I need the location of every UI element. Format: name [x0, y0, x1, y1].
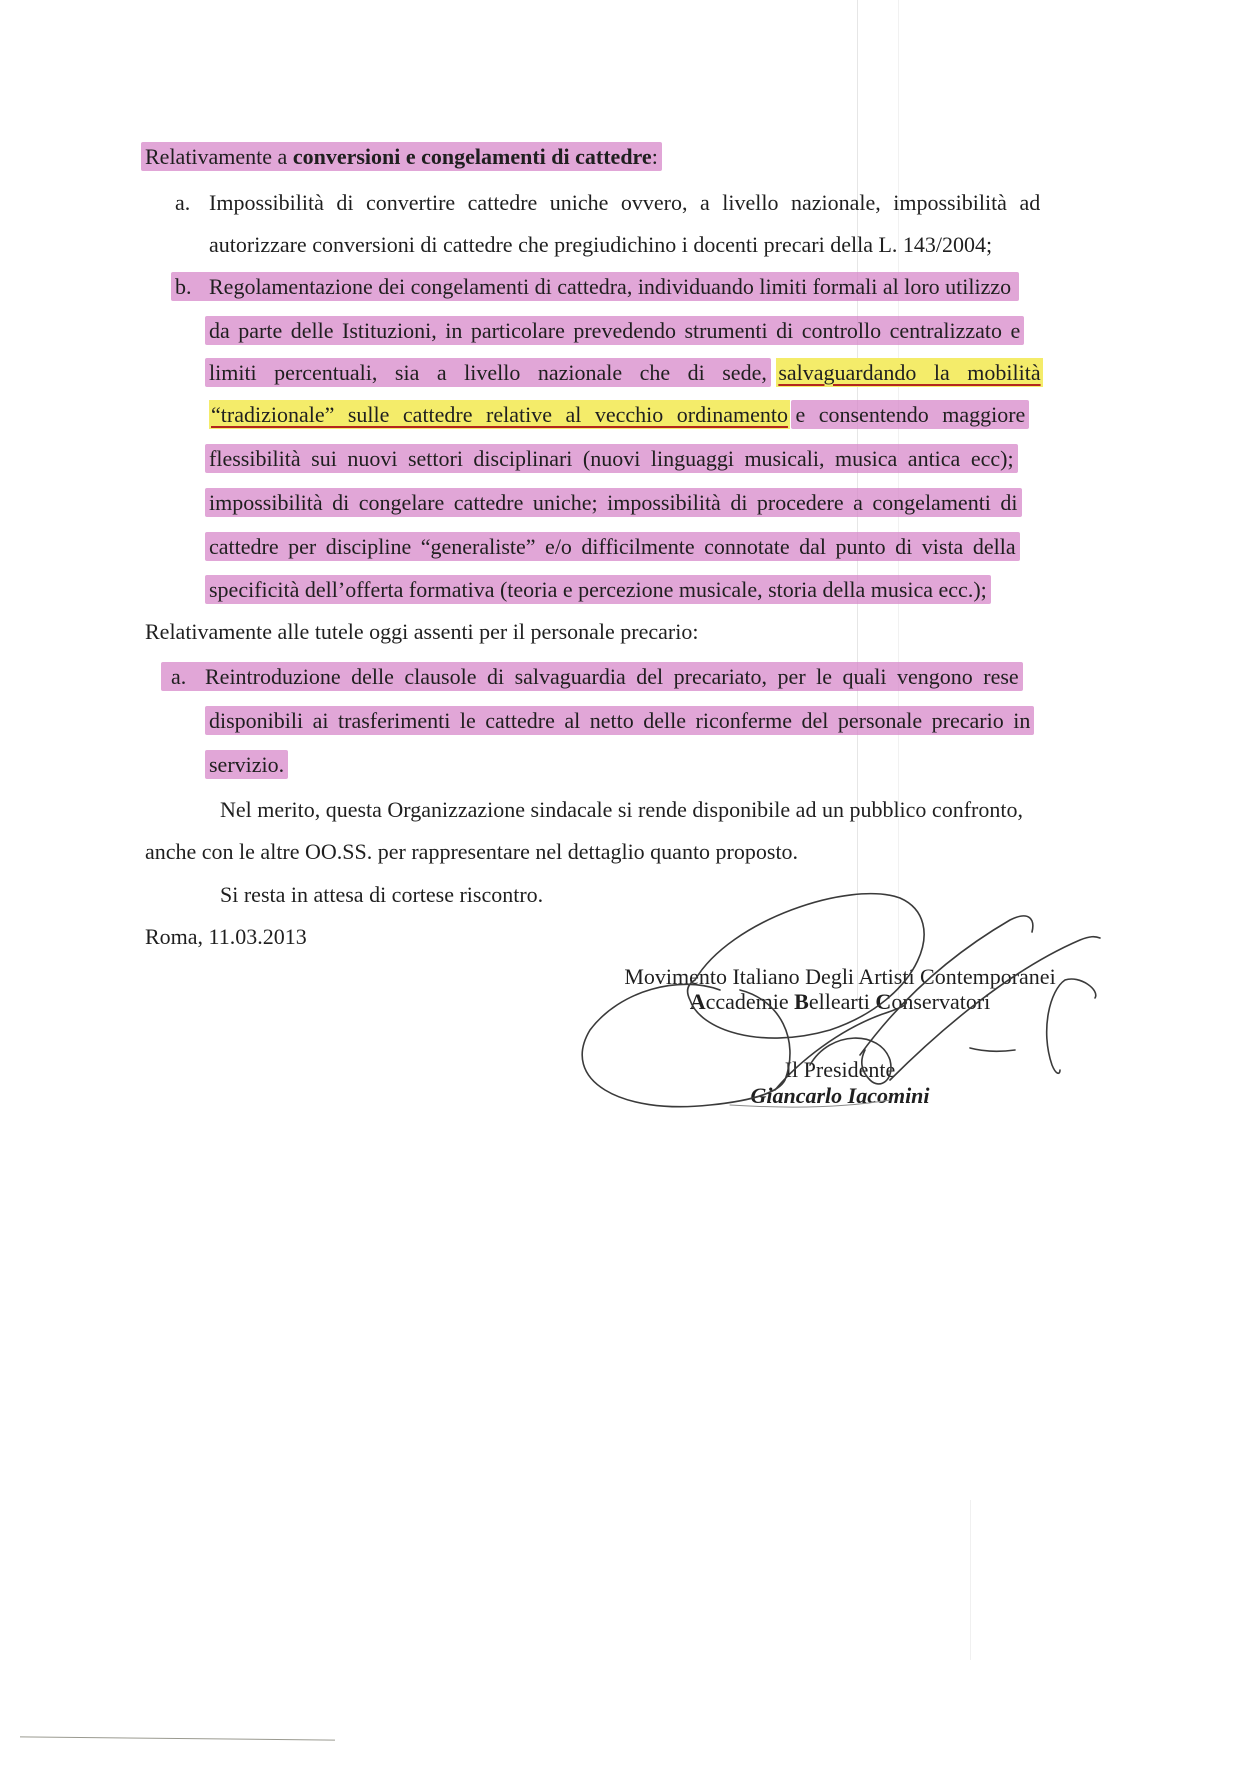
list-item-a: a.Impossibilità di convertire cattedre u… [175, 188, 1125, 218]
item-b-line4-pink: e consentendo maggiore [791, 400, 1029, 429]
precari-line3: servizio. [209, 750, 288, 780]
precari-line2: disponibili ai trasferimenti le cattedre… [209, 706, 1034, 736]
section-heading-conversions: Relativamente a conversioni e congelamen… [145, 142, 662, 172]
section-heading-precari: Relativamente alle tutele oggi assenti p… [145, 617, 698, 647]
item-b-line8-text: specificità dell’offerta formativa (teor… [205, 575, 991, 604]
item-b-line7-text: cattedre per discipline “generaliste” e/… [205, 532, 1020, 561]
item-a-line1: Impossibilità di convertire cattedre uni… [209, 190, 1040, 215]
closing-request: Si resta in attesa di cortese riscontro. [220, 880, 543, 910]
item-b-line5: flessibilità sui nuovi settori disciplin… [209, 444, 1018, 474]
handwritten-signature [560, 880, 1120, 1120]
item-a-line2: autorizzare conversioni di cattedre che … [209, 230, 992, 260]
list-item-a-precari: a.Reintroduzione delle clausole di salva… [165, 662, 1023, 692]
heading-prefix: Relativamente a [145, 144, 293, 169]
item-b-line3: limiti percentuali, sia a livello nazion… [209, 358, 1043, 388]
precari-line2-text: disponibili ai trasferimenti le cattedre… [205, 706, 1034, 735]
list-marker: b. [175, 272, 209, 302]
place-date: Roma, 11.03.2013 [145, 922, 307, 952]
footer-rule [20, 1736, 335, 1740]
precari-line3-text: servizio. [205, 750, 288, 779]
precari-line1: Reintroduzione delle clausole di salvagu… [205, 664, 1019, 689]
list-marker: a. [171, 662, 205, 692]
closing-paragraph-line2: anche con le altre OO.SS. per rappresent… [145, 837, 798, 867]
item-b-line6: impossibilità di congelare cattedre unic… [209, 488, 1022, 518]
heading-suffix: : [652, 144, 658, 169]
item-b-line2-text: da parte delle Istituzioni, in particola… [205, 316, 1024, 345]
item-b-line2: da parte delle Istituzioni, in particola… [209, 316, 1024, 346]
item-b-line3-pink: limiti percentuali, sia a livello nazion… [205, 358, 771, 387]
closing-paragraph-line1: Nel merito, questa Organizzazione sindac… [220, 795, 1023, 825]
list-item-b: b.Regolamentazione dei congelamenti di c… [175, 272, 1019, 302]
item-b-line4-yellow: “tradizionale” sulle cattedre relative a… [209, 400, 790, 429]
item-b-line6-text: impossibilità di congelare cattedre unic… [205, 488, 1022, 517]
item-b-line4: “tradizionale” sulle cattedre relative a… [209, 400, 1029, 430]
item-b-line3-yellow: salvaguardando la mobilità [776, 358, 1042, 387]
list-marker: a. [175, 188, 209, 218]
item-b-line5-text: flessibilità sui nuovi settori disciplin… [205, 444, 1018, 473]
item-b-line1: Regolamentazione dei congelamenti di cat… [209, 274, 1011, 299]
heading-bold: conversioni e congelamenti di cattedre [293, 144, 652, 169]
scan-artifact-line [970, 1500, 971, 1660]
item-b-line7: cattedre per discipline “generaliste” e/… [209, 532, 1020, 562]
item-b-line8: specificità dell’offerta formativa (teor… [209, 575, 991, 605]
